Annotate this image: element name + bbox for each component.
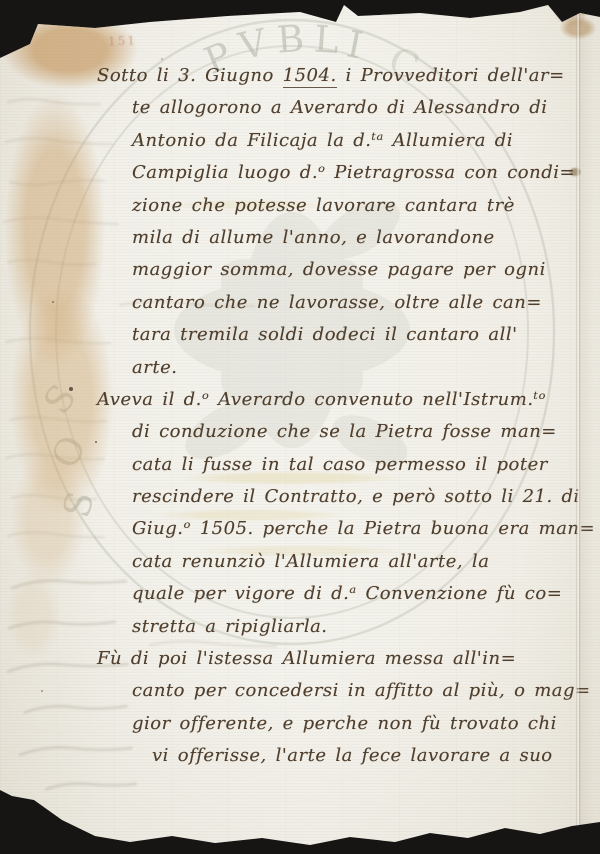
manuscript-text-segment: quale per vigore di d.ᵃ Convenzione fù c… <box>132 583 562 604</box>
manuscript-text-segment: gior offerente, e perche non fù trovato … <box>132 713 557 734</box>
manuscript-line: te allogorono a Averardo di Alessandro d… <box>132 92 600 124</box>
manuscript-line: tara tremila soldi dodeci il cantaro all… <box>132 319 600 351</box>
manuscript-text-segment: i Provveditori dell'ar= <box>337 65 565 86</box>
manuscript-line: arte. <box>132 352 600 384</box>
manuscript-line: Aveva il d.ᵒ Averardo convenuto nell'Ist… <box>97 384 600 416</box>
manuscript-text-segment: Fù di poi l'istessa Allumiera messa all'… <box>97 648 516 669</box>
manuscript-line: gior offerente, e perche non fù trovato … <box>132 708 600 740</box>
manuscript-text-segment: Sotto li 3. Giugno <box>97 65 283 86</box>
manuscript-line: Campiglia luogo d.ᵒ Pietragrossa con con… <box>132 157 600 189</box>
manuscript-text-segment: Aveva il d.ᵒ Averardo convenuto nell'Ist… <box>97 389 546 410</box>
manuscript-text-segment: rescindere il Contratto, e però sotto li… <box>132 486 580 507</box>
manuscript-text-segment: vi offerisse, l'arte la fece lavorare a … <box>152 745 553 766</box>
manuscript-text-segment: canto per concedersi in affitto al più, … <box>132 680 591 701</box>
manuscript-text-segment: te allogorono a Averardo di Alessandro d… <box>132 97 547 118</box>
manuscript-page: P V B L I C S O S <box>0 0 600 854</box>
watermark-letter: B <box>275 17 305 62</box>
manuscript-line: quale per vigore di d.ᵃ Convenzione fù c… <box>132 578 600 610</box>
photo-frame: P V B L I C S O S <box>0 0 600 854</box>
manuscript-line: cantaro che ne lavorasse, oltre alle can… <box>132 287 600 319</box>
manuscript-line: maggior somma, dovesse pagare per ogni <box>132 254 600 286</box>
manuscript-line: canto per concedersi in affitto al più, … <box>132 675 600 707</box>
manuscript-text-segment: Campiglia luogo d.ᵒ Pietragrossa con con… <box>132 162 575 183</box>
manuscript-text: Sotto li 3. Giugno 1504. i Provveditori … <box>0 60 600 773</box>
manuscript-text-segment: stretta a ripigliarla. <box>132 616 328 637</box>
manuscript-text-segment: arte. <box>132 357 177 378</box>
manuscript-text-segment: Antonio da Filicaja la d.ᵗᵃ Allumiera di <box>132 130 513 151</box>
manuscript-text-segment: cata li fusse in tal caso permesso il po… <box>132 454 548 475</box>
manuscript-line: Antonio da Filicaja la d.ᵗᵃ Allumiera di <box>132 125 600 157</box>
manuscript-text-segment: Giug.ᵒ 1505. perche la Pietra buona era … <box>132 518 595 539</box>
torn-edge-flap <box>552 5 586 31</box>
manuscript-line: zione che potesse lavorare cantara trè <box>132 190 600 222</box>
manuscript-line: mila di allume l'anno, e lavorandone <box>132 222 600 254</box>
manuscript-text-segment: zione che potesse lavorare cantara trè <box>132 195 515 216</box>
manuscript-line: cata li fusse in tal caso permesso il po… <box>132 449 600 481</box>
manuscript-line: rescindere il Contratto, e però sotto li… <box>132 481 600 513</box>
manuscript-line: di conduzione che se la Pietra fosse man… <box>132 416 600 448</box>
manuscript-line: Sotto li 3. Giugno 1504. i Provveditori … <box>97 60 600 92</box>
manuscript-text-segment: cata renunziò l'Allumiera all'arte, la <box>132 551 489 572</box>
manuscript-line: Fù di poi l'istessa Allumiera messa all'… <box>97 643 600 675</box>
manuscript-line: vi offerisse, l'arte la fece lavorare a … <box>152 740 600 772</box>
manuscript-line: cata renunziò l'Allumiera all'arte, la <box>132 546 600 578</box>
manuscript-text-segment: tara tremila soldi dodeci il cantaro all… <box>132 324 518 345</box>
manuscript-text-segment: di conduzione che se la Pietra fosse man… <box>132 421 557 442</box>
ink-specks <box>0 0 2 2</box>
ghost-folio-number: 151 <box>108 33 137 48</box>
underlined-date: 1504. <box>283 65 337 88</box>
manuscript-line: stretta a ripigliarla. <box>132 611 600 643</box>
manuscript-text-segment: cantaro che ne lavorasse, oltre alle can… <box>132 292 542 313</box>
watermark-letter: L <box>313 18 341 63</box>
manuscript-text-segment: maggior somma, dovesse pagare per ogni <box>132 259 546 280</box>
manuscript-text-segment: mila di allume l'anno, e lavorandone <box>132 227 495 248</box>
manuscript-line: Giug.ᵒ 1505. perche la Pietra buona era … <box>132 513 600 545</box>
